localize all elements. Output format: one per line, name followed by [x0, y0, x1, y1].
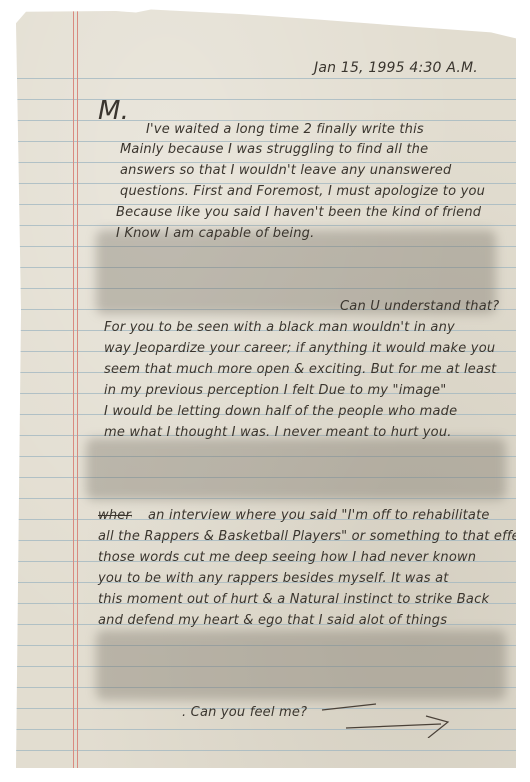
letter-line: way Jeopardize your career; if anything …: [104, 341, 495, 356]
arrow-icon: [316, 698, 456, 738]
letter-line: Mainly because I was struggling to find …: [120, 142, 428, 157]
letter-line: I Know I am capable of being.: [116, 226, 314, 241]
letter-line: and defend my heart & ego that I said al…: [98, 613, 447, 628]
letter-line: I've waited a long time 2 finally write …: [146, 122, 424, 137]
letter-salutation: M.: [98, 96, 129, 126]
letter-line: you to be with any rappers besides mysel…: [98, 571, 449, 586]
margin-line-left: [73, 8, 74, 768]
ruled-line: [16, 750, 516, 751]
ruled-line: [16, 120, 516, 121]
letter-line: answers so that I wouldn't leave any una…: [120, 163, 451, 178]
letter-line: For you to be seen with a black man woul…: [104, 320, 455, 335]
redacted-block: [86, 438, 506, 500]
letter-line: Can U understand that?: [340, 299, 499, 314]
ruled-line: [16, 78, 516, 79]
letter-line: in my previous perception I felt Due to …: [104, 383, 446, 398]
ruled-line: [16, 99, 516, 100]
letter-line: an interview where you said "I'm off to …: [148, 508, 490, 523]
letter-line: Because like you said I haven't been the…: [116, 205, 481, 220]
notebook-paper: Jan 15, 1995 4:30 A.M. M. I've waited a …: [16, 8, 516, 768]
redacted-block: [96, 630, 506, 700]
letter-line: I would be letting down half of the peop…: [104, 404, 457, 419]
crossed-out-word: where: [98, 508, 132, 523]
margin-line-right: [77, 8, 78, 768]
letter-date: Jan 15, 1995 4:30 A.M.: [314, 60, 478, 76]
letter-line: me what I thought I was. I never meant t…: [104, 425, 452, 440]
letter-line: all the Rappers & Basketball Players" or…: [98, 529, 530, 544]
letter-line: those words cut me deep seeing how I had…: [98, 550, 476, 565]
letter-line: this moment out of hurt & a Natural inst…: [98, 592, 489, 607]
letter-line: questions. First and Foremost, I must ap…: [120, 184, 485, 199]
letter-line: seem that much more open & exciting. But…: [104, 362, 496, 377]
closing-line: . Can you feel me?: [182, 705, 307, 720]
